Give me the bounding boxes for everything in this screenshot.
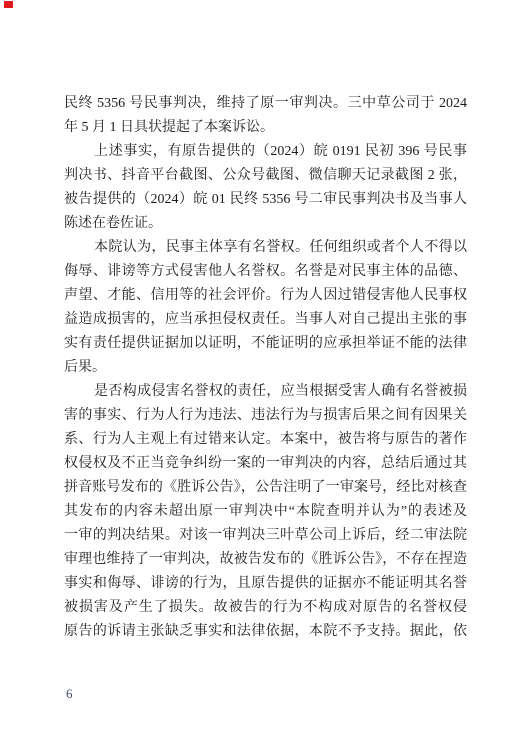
judgment-body: 民终 5356 号民事判决，维持了原一审判决。三中草公司于 2024年 5 月 … (64, 92, 467, 644)
text-line: 上述事实，有原告提供的（2024）皖 0191 民初 396 号民事 (64, 140, 467, 164)
text-line: 陈述在卷佐证。 (64, 212, 467, 236)
text-line: 益造成损害的，应当承担侵权责任。当事人对自己提出主张的事 (64, 308, 467, 332)
text-line: 判决书、抖音平台截图、公众号截图、微信聊天记录截图 2 张， (64, 164, 467, 188)
text-line: 系、行为人主观上有过错来认定。本案中，被告将与原告的著作 (64, 428, 467, 452)
text-line: 权侵权及不正当竞争纠纷一案的一审判决的内容，总结后通过其 (64, 452, 467, 476)
text-line: 原告的诉请主张缺乏事实和法律依据，本院不予支持。据此，依 (64, 620, 467, 644)
text-line: 审理也维持了一审判决，故被告发布的《胜诉公告》，不存在捏造 (64, 548, 467, 572)
text-line: 是否构成侵害名誉权的责任，应当根据受害人确有名誉被损 (64, 380, 467, 404)
text-line: 拼音账号发布的《胜诉公告》，公告注明了一审案号，经比对核查 (64, 476, 467, 500)
red-corner-marker (4, 1, 13, 8)
text-line: 害的事实、行为人行为违法、违法行为与损害后果之间有因果关 (64, 404, 467, 428)
text-line: 一审的判决结果。对该一审判决三叶草公司上诉后，经二审法院 (64, 524, 467, 548)
text-line: 实有责任提供证据加以证明，不能证明的应承担举证不能的法律 (64, 332, 467, 356)
document-page: 民终 5356 号民事判决，维持了原一审判决。三中草公司于 2024年 5 月 … (0, 0, 528, 746)
text-line: 民终 5356 号民事判决，维持了原一审判决。三中草公司于 2024 (64, 92, 467, 116)
text-line: 被损害及产生了损失。故被告的行为不构成对原告的名誉权侵权， (64, 596, 467, 620)
text-line: 侮辱、诽谤等方式侵害他人名誉权。名誉是对民事主体的品德、 (64, 260, 467, 284)
text-line: 事实和侮辱、诽谤的行为，且原告提供的证据亦不能证明其名誉 (64, 572, 467, 596)
text-line: 声望、才能、信用等的社会评价。行为人因过错侵害他人民事权 (64, 284, 467, 308)
page-number: 6 (66, 684, 73, 704)
text-line: 被告提供的（2024）皖 01 民终 5356 号二审民事判决书及当事人 (64, 188, 467, 212)
text-line: 本院认为，民事主体享有名誉权。任何组织或者个人不得以 (64, 236, 467, 260)
text-line: 年 5 月 1 日具状提起了本案诉讼。 (64, 116, 467, 140)
text-line: 后果。 (64, 356, 467, 380)
text-line: 其发布的内容未超出原一审判决中“本院查明并认为”的表述及 (64, 500, 467, 524)
